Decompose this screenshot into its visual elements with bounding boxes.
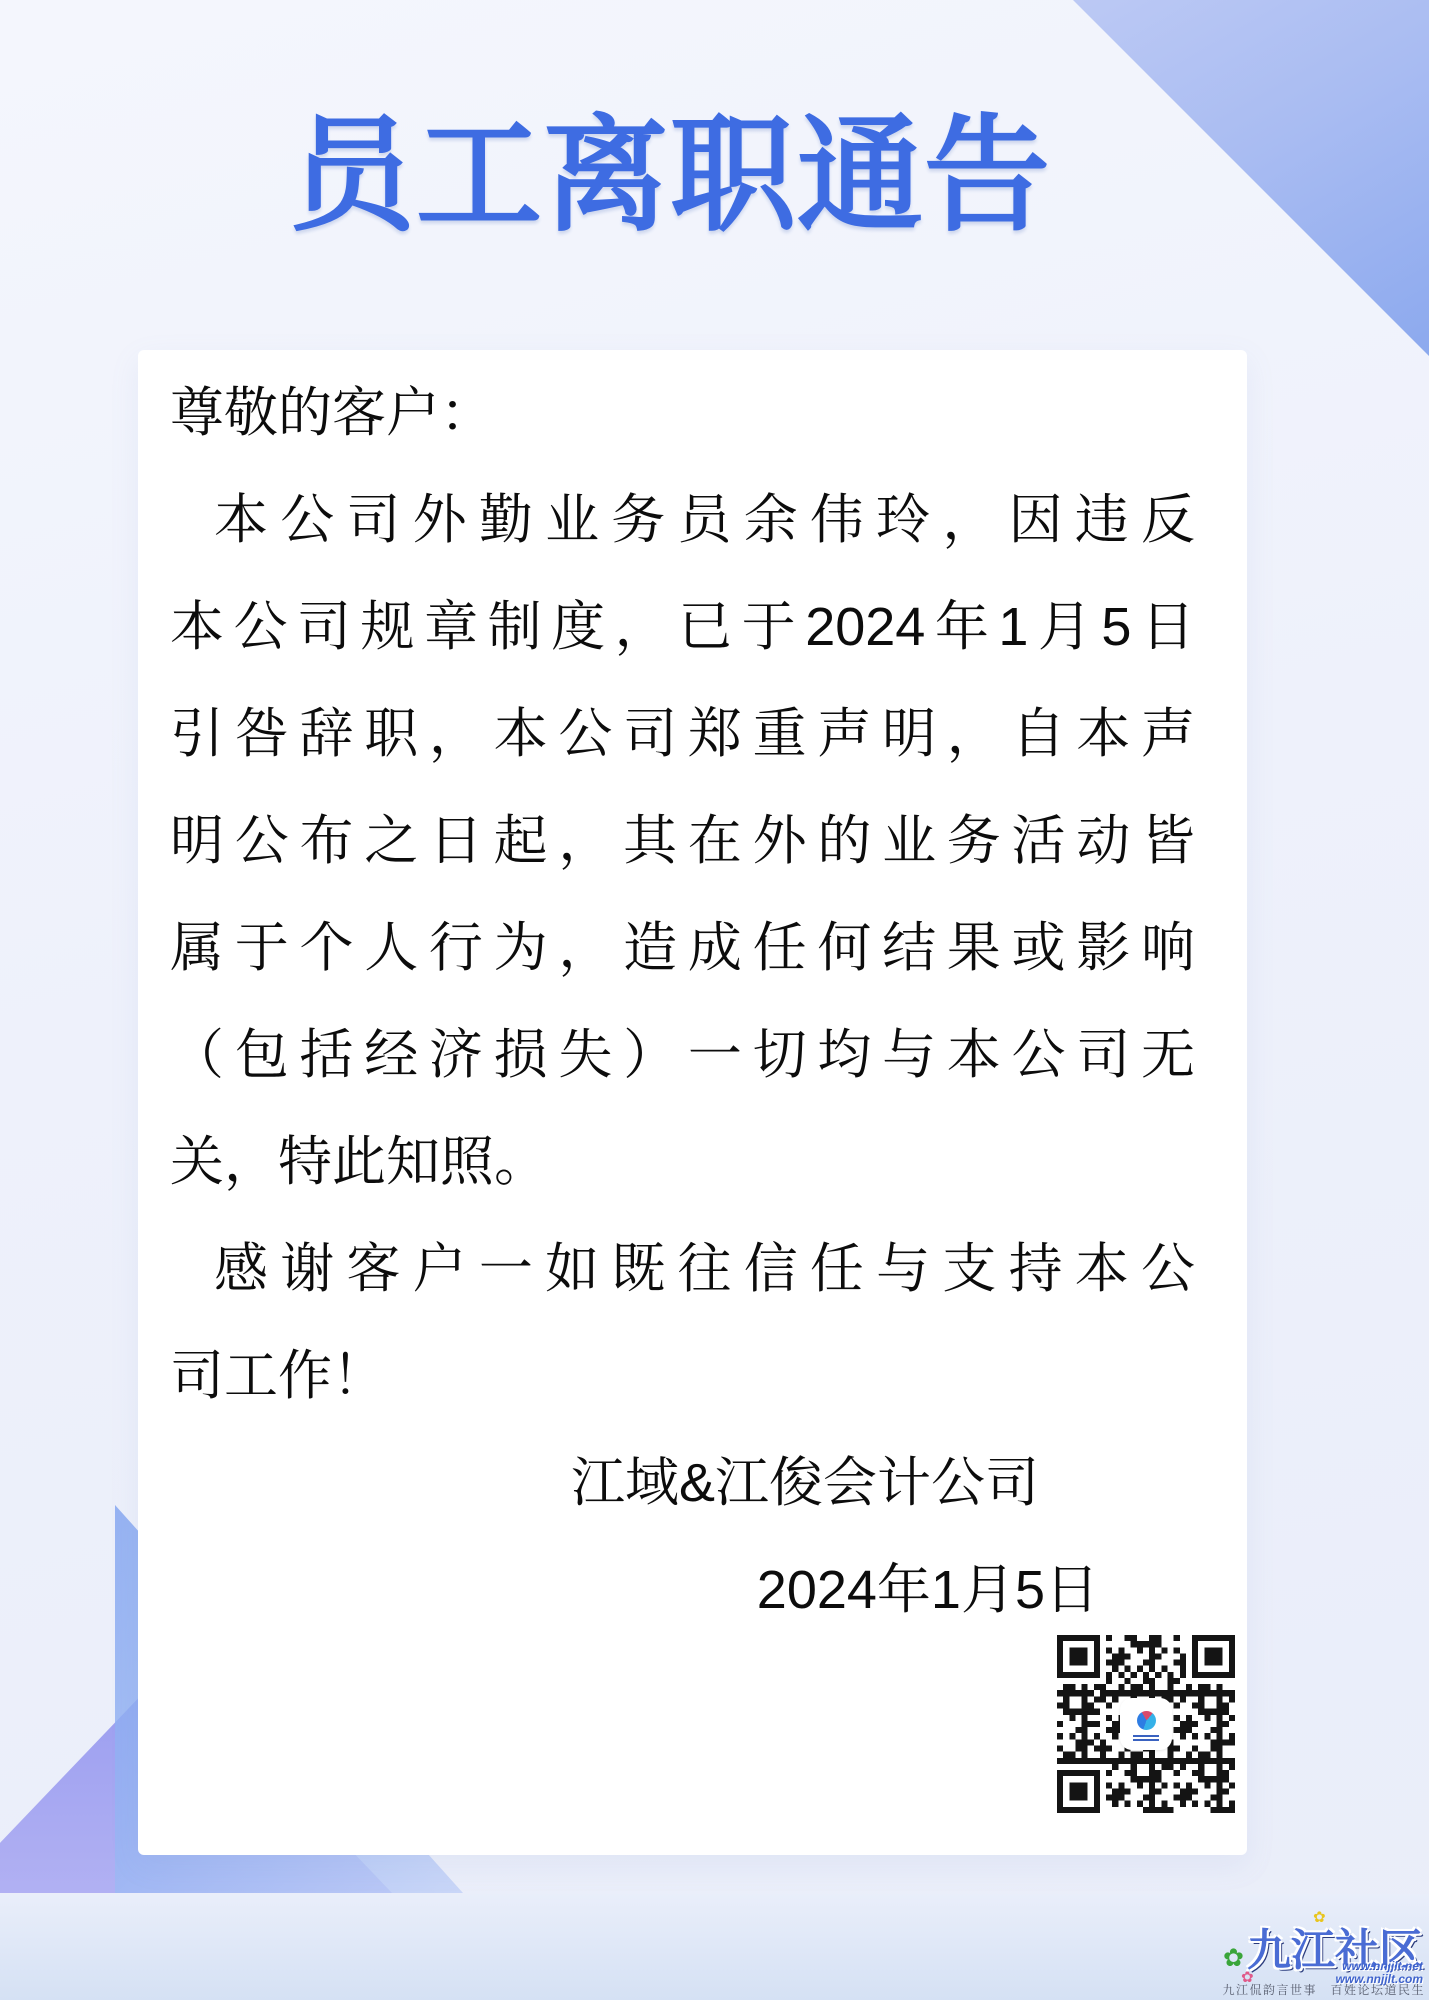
company-logo-icon (1137, 1711, 1156, 1730)
qr-center-logo (1122, 1700, 1170, 1748)
resignation-notice-poster: 员工离职通告 尊敬的客户：本公司外勤业务员余伟玲，因违反本公司规章制度，已于20… (0, 0, 1429, 2000)
notice-line: 引咎辞职，本公司郑重声明，自本声 (170, 681, 1195, 788)
notice-card: 尊敬的客户：本公司外勤业务员余伟玲，因违反本公司规章制度，已于2024年1月5日… (138, 350, 1247, 1855)
notice-line: 明公布之日起，其在外的业务活动皆 (170, 788, 1195, 895)
signature-date: 2024年1月5日 (170, 1537, 1195, 1644)
notice-line: （包括经济损失）一切均与本公司无 (170, 1002, 1195, 1109)
notice-line: 本公司外勤业务员余伟玲，因违反 (170, 467, 1195, 574)
bottom-gradient-band (0, 1894, 1429, 2000)
notice-line: 关，特此知照。 (170, 1109, 1195, 1216)
notice-line: 司工作！ (170, 1323, 1195, 1430)
notice-body: 尊敬的客户：本公司外勤业务员余伟玲，因违反本公司规章制度，已于2024年1月5日… (170, 360, 1195, 1430)
notice-line: 属于个人行为，造成任何结果或影响 (170, 895, 1195, 1002)
notice-line: 感谢客户一如既往信任与支持本公 (170, 1216, 1195, 1323)
site-watermark: ✿ ✿ ✿ 九江社区 www.nnjjlt.net www.nnjjlt.com… (1225, 1918, 1425, 1996)
qr-code (1057, 1635, 1235, 1813)
company-logo-text-lines (1133, 1735, 1159, 1737)
notice-line: 尊敬的客户： (170, 360, 1195, 467)
flower-icon-green: ✿ (1223, 1946, 1244, 1971)
notice-line: 本公司规章制度，已于2024年1月5日 (170, 574, 1195, 681)
poster-title: 员工离职通告 (0, 104, 1340, 249)
signature-company: 江域&江俊会计公司 (170, 1430, 1195, 1537)
watermark-slogan: 九江侃韵言世事 百姓论坛道民生 (1222, 1981, 1425, 1998)
